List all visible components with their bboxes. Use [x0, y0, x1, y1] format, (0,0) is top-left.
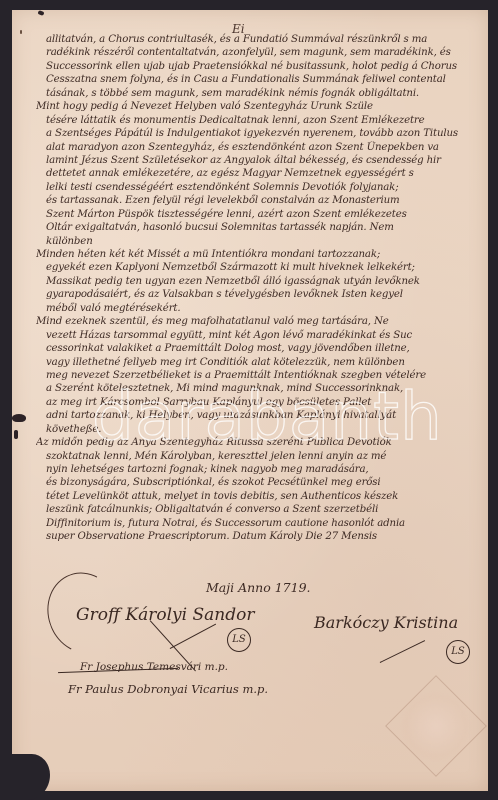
text-line: cessorinkat valakiket a Praemittált Dolo…	[46, 342, 486, 355]
signature-witness-1: Fr Josephus Temesvári m.p.	[80, 661, 228, 673]
text-line: vagy illethetné fellyeb meg irt Conditió…	[46, 356, 486, 369]
text-line: és bizonyságára, Subscriptiónkal, és szo…	[46, 476, 486, 489]
manuscript-body: allitatván, a Chorus contriultasék, és a…	[46, 33, 486, 544]
ink-blot	[14, 430, 18, 439]
ink-blot	[12, 414, 26, 422]
text-line: tétet Levelünköt attuk, melyet in tovis …	[46, 490, 486, 503]
text-line: super Observatione Praescriptorum. Datum…	[46, 530, 486, 543]
text-line: Mind ezeknek szentül, és meg mafolhatatl…	[36, 315, 486, 328]
text-line: radékink részéről contentaltatván, azonf…	[46, 46, 486, 59]
text-line: vezett Házas tarsommal együtt, mint két …	[46, 329, 486, 342]
text-line: Minden héten két két Missét a mü Intenti…	[36, 248, 486, 261]
text-line: gyarapodásaiért, és az Valsakban s­ téve…	[46, 288, 486, 301]
text-line: Diffinitorium is, futura Notrai, és Succ…	[46, 517, 486, 530]
text-line: tásának, s­ többé sem magunk, sem maradé…	[46, 87, 486, 100]
text-line: tésére láttatik és monumentis Dedicaltat…	[46, 114, 486, 127]
text-line: Cesszatna s­nem folyna, és in Casu a Fun…	[46, 73, 486, 86]
text-line: különben	[46, 235, 486, 248]
text-line: Oltár exigaltatván, hasonló bucsui Solem…	[46, 221, 486, 234]
text-line: a Szentséges Pápátúl is Indulgentiakot i…	[46, 127, 486, 140]
ls-seal-mark: LS	[227, 628, 251, 652]
signature-karolyi: Groff Károlyi Sandor	[76, 605, 254, 625]
ink-dot	[20, 30, 22, 34]
signature-barkoczy: Barkóczy Kristina	[314, 613, 458, 632]
ls-seal-mark: LS	[446, 640, 470, 664]
text-line: az meg irt Kárcsombol Sarrybau Kaplányul…	[46, 396, 486, 409]
text-line: leszünk fatcálnunkis; Obligaltatván é co…	[46, 503, 486, 516]
text-line: meg nevezet Szerzetbélieket is a Praemit…	[46, 369, 486, 382]
text-line: dettetet annak emlékezetére, az egész Ma…	[46, 167, 486, 180]
text-line: lamint Jézus Szent Születésekor az Angya…	[46, 154, 486, 167]
text-line: követheße.	[46, 423, 486, 436]
date-line: Maji Anno 1719.	[206, 580, 311, 595]
text-line: a Szerént kötelesztetnek, Mi mind magunk…	[46, 382, 486, 395]
text-line: Massikat pedig ten ugyan ezen Nemzetből …	[46, 275, 486, 288]
text-line: egyekét ezen Kaplyoni Nemzetből Származo…	[46, 261, 486, 274]
text-line: Mint hogy pedig á Nevezet Helyben való S…	[36, 100, 486, 113]
text-line: szoktatnak lenni, Mén Károlyban, kereszt…	[46, 450, 486, 463]
text-line: Successorink ellen ujab ujab Praetensiók…	[46, 60, 486, 73]
text-line: és tartassanak. Ezen felyül régi levelek…	[46, 194, 486, 207]
text-line: alat maradyon azon Szentegyház, és eszte…	[46, 141, 486, 154]
torn-corner	[0, 754, 50, 800]
signature-witness-2: Fr Paulus Dobronyai Vicarius m.p.	[68, 682, 268, 696]
text-line: adni tartozzanak, ki Helyben, vagy utazá…	[46, 409, 486, 422]
text-line: Szent Márton Püspök tisztességére lenni,…	[46, 208, 486, 221]
text-line: allitatván, a Chorus contriultasék, és a…	[46, 33, 486, 46]
text-line: lelki testi csendességéért esztendönként…	[46, 181, 486, 194]
text-line: méből való megtérésekért.	[46, 302, 486, 315]
text-line: Az midőn pedig az Anya Szentegyház Ritus…	[36, 436, 486, 449]
text-line: nyin lehetséges tartozni fognak; kinek n…	[46, 463, 486, 476]
